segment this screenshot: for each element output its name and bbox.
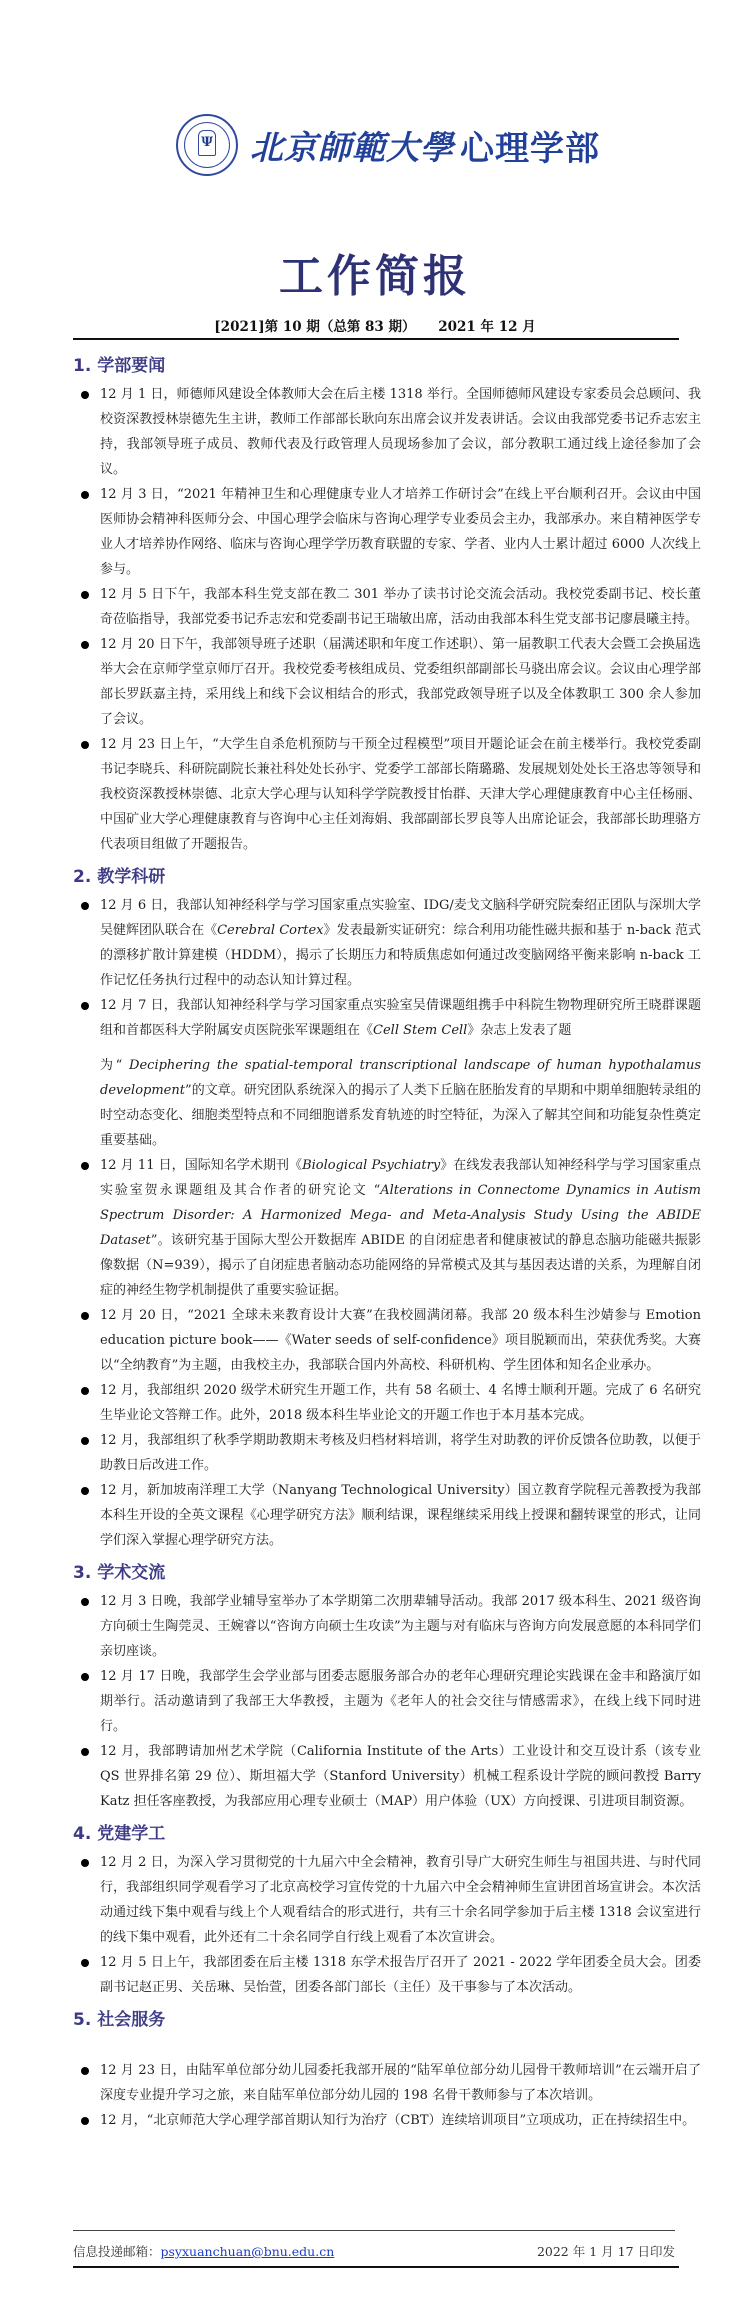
- bullet-icon: [81, 591, 89, 599]
- bullet-icon: [81, 2117, 89, 2125]
- news-item: 12 月 5 日下午，我部本科生党支部在教二 301 举办了读书讨论交流会活动。…: [73, 582, 701, 632]
- email-label: 信息投递邮箱：: [73, 2244, 161, 2259]
- section-heading: 3.学术交流: [73, 1557, 701, 1589]
- bullet-icon: [81, 2067, 89, 2075]
- print-date: 2022 年 1 月 17 日印发: [537, 2242, 675, 2260]
- news-item: 12 月 17 日晚，我部学生会学业部与团委志愿服务部合办的老年心理研究理论实践…: [73, 1664, 701, 1739]
- footer: 信息投递邮箱：psyxuanchuan@bnu.edu.cn 2022 年 1 …: [73, 2240, 675, 2262]
- news-item: 12 月 3 日晚，我部学业辅导室举办了本学期第二次朋辈辅导活动。我部 2017…: [73, 1589, 701, 1664]
- bullet-icon: [81, 902, 89, 910]
- header-logo: Ψ 北京師範大學 心理学部: [176, 112, 600, 178]
- bullet-icon: [81, 1437, 89, 1445]
- news-item: 12 月 23 日上午，“大学生自杀危机预防与干预全过程模型”项目开题论证会在前…: [73, 732, 701, 857]
- bullet-icon: [81, 491, 89, 499]
- header-divider: [73, 338, 679, 340]
- footer-divider: [73, 2230, 675, 2231]
- news-item: 12 月，我部组织了秋季学期助教期末考核及归档材料培训，将学生对助教的评价反馈各…: [73, 1428, 701, 1478]
- department-name: 心理学部: [460, 121, 600, 170]
- news-item: 12 月 5 日上午，我部团委在后主楼 1318 东学术报告厅召开了 2021 …: [73, 1950, 701, 2000]
- email-link[interactable]: psyxuanchuan@bnu.edu.cn: [161, 2244, 335, 2259]
- bullet-icon: [81, 1387, 89, 1395]
- news-item: 12 月，我部组织 2020 级学术研究生开题工作，共有 58 名硕士、4 名博…: [73, 1378, 701, 1428]
- news-item: 12 月 20 日，“2021 全球未来教育设计大赛”在我校圆满闭幕。我部 20…: [73, 1303, 701, 1378]
- page-title: 工作简报: [0, 240, 750, 304]
- bullet-icon: [81, 1959, 89, 1967]
- section-heading: 4.党建学工: [73, 1818, 701, 1850]
- section-heading: 1.学部要闻: [73, 350, 701, 382]
- news-list: 12 月 2 日，为深入学习贯彻党的十九届六中全会精神，教育引导广大研究生师生与…: [73, 1850, 701, 2000]
- issue-number: [2021]第 10 期（总第 83 期）: [214, 319, 415, 335]
- news-item: 12 月，新加坡南洋理工大学（Nanyang Technological Uni…: [73, 1478, 701, 1553]
- bullet-icon: [81, 1002, 89, 1010]
- news-item: 12 月 3 日，“2021 年精神卫生和心理健康专业人才培养工作研讨会”在线上…: [73, 482, 701, 582]
- university-name: 北京師範大學: [250, 122, 454, 169]
- news-list: 12 月 1 日，师德师风建设全体教师大会在后主楼 1318 举行。全国师德师风…: [73, 382, 701, 857]
- news-item: 12 月，我部聘请加州艺术学院（California Institute of …: [73, 1739, 701, 1814]
- issue-line: [2021]第 10 期（总第 83 期） 2021 年 12 月: [0, 315, 750, 335]
- bullet-icon: [81, 391, 89, 399]
- issue-date: 2021 年 12 月: [438, 319, 535, 335]
- bullet-icon: [81, 1748, 89, 1756]
- bullet-icon: [81, 1312, 89, 1320]
- psi-symbol: Ψ: [178, 135, 236, 150]
- news-item: 12 月 2 日，为深入学习贯彻党的十九届六中全会精神，教育引导广大研究生师生与…: [73, 1850, 701, 1950]
- footer-contact: 信息投递邮箱：psyxuanchuan@bnu.edu.cn: [73, 2242, 334, 2260]
- bullet-icon: [81, 1673, 89, 1681]
- bullet-icon: [81, 1859, 89, 1867]
- news-item: 12 月 7 日，我部认知神经科学与学习国家重点实验室吴倩课题组携手中科院生物物…: [73, 993, 701, 1153]
- news-item: 12 月 11 日，国际知名学术期刊《Biological Psychiatry…: [73, 1153, 701, 1303]
- newsletter-page: Ψ 北京師範大學 心理学部 工作简报 [2021]第 10 期（总第 83 期）…: [0, 0, 750, 2300]
- bullet-icon: [81, 1598, 89, 1606]
- news-list: 12 月 3 日晚，我部学业辅导室举办了本学期第二次朋辈辅导活动。我部 2017…: [73, 1589, 701, 1814]
- university-seal-icon: Ψ: [176, 114, 238, 176]
- section-heading: 5.社会服务: [73, 2004, 701, 2036]
- section-heading: 2.教学科研: [73, 861, 701, 893]
- news-item: 12 月 6 日，我部认知神经科学与学习国家重点实验室、IDG/麦戈文脑科学研究…: [73, 893, 701, 993]
- bullet-icon: [81, 741, 89, 749]
- news-item: 12 月 1 日，师德师风建设全体教师大会在后主楼 1318 举行。全国师德师风…: [73, 382, 701, 482]
- news-item: 12 月，“北京师范大学心理学部首期认知行为治疗（CBT）连续培训项目”立项成功…: [73, 2108, 701, 2133]
- news-list: 12 月 23 日，由陆军单位部分幼儿园委托我部开展的“陆军单位部分幼儿园骨干教…: [73, 2058, 701, 2133]
- news-item: 12 月 20 日下午，我部领导班子述职（届满述职和年度工作述职）、第一届教职工…: [73, 632, 701, 732]
- newsletter-content: 1.学部要闻 12 月 1 日，师德师风建设全体教师大会在后主楼 1318 举行…: [73, 350, 701, 2133]
- bullet-icon: [81, 641, 89, 649]
- news-item: 12 月 23 日，由陆军单位部分幼儿园委托我部开展的“陆军单位部分幼儿园骨干教…: [73, 2058, 701, 2108]
- news-list: 12 月 6 日，我部认知神经科学与学习国家重点实验室、IDG/麦戈文脑科学研究…: [73, 893, 701, 1553]
- footer-bottom-divider: [73, 2266, 679, 2268]
- bullet-icon: [81, 1162, 89, 1170]
- bullet-icon: [81, 1487, 89, 1495]
